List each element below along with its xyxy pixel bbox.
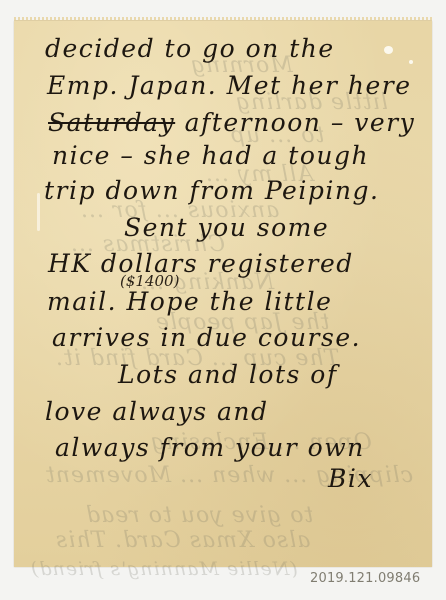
letter-line: mail. Hope the little xyxy=(47,289,332,314)
paper-stain xyxy=(409,60,413,64)
letter-line: decided to go on the xyxy=(45,36,335,61)
catalog-number: 2019.121.09846 xyxy=(310,571,420,586)
letter-line: Sent you some xyxy=(124,215,329,240)
letter-line: arrives in due course. xyxy=(52,325,361,350)
letter-line: HK dollars registered xyxy=(48,251,354,276)
letter-line: trip down from Peiping. xyxy=(44,178,379,203)
signature: Bix xyxy=(328,466,373,491)
paper-stain xyxy=(384,46,393,54)
show-through-text: also Xmas Card. This xyxy=(55,530,310,552)
letter-line: Emp. Japan. Met her here xyxy=(47,73,412,98)
document-viewer: Morning little darling to ... up All my … xyxy=(0,0,446,600)
letter-line: Saturday afternoon – very xyxy=(48,110,415,135)
letter-line: love always and xyxy=(45,399,269,424)
letter-line: nice – she had a tough xyxy=(52,143,369,168)
paper-crease xyxy=(37,193,40,231)
letter-line: Lots and lots of xyxy=(118,362,338,387)
show-through-text: (Nellie Manning's friend) xyxy=(30,560,298,579)
show-through-text: to give you to read xyxy=(85,505,313,527)
struck-word: Saturday xyxy=(48,108,175,137)
letter-line: always from your own xyxy=(55,435,365,460)
